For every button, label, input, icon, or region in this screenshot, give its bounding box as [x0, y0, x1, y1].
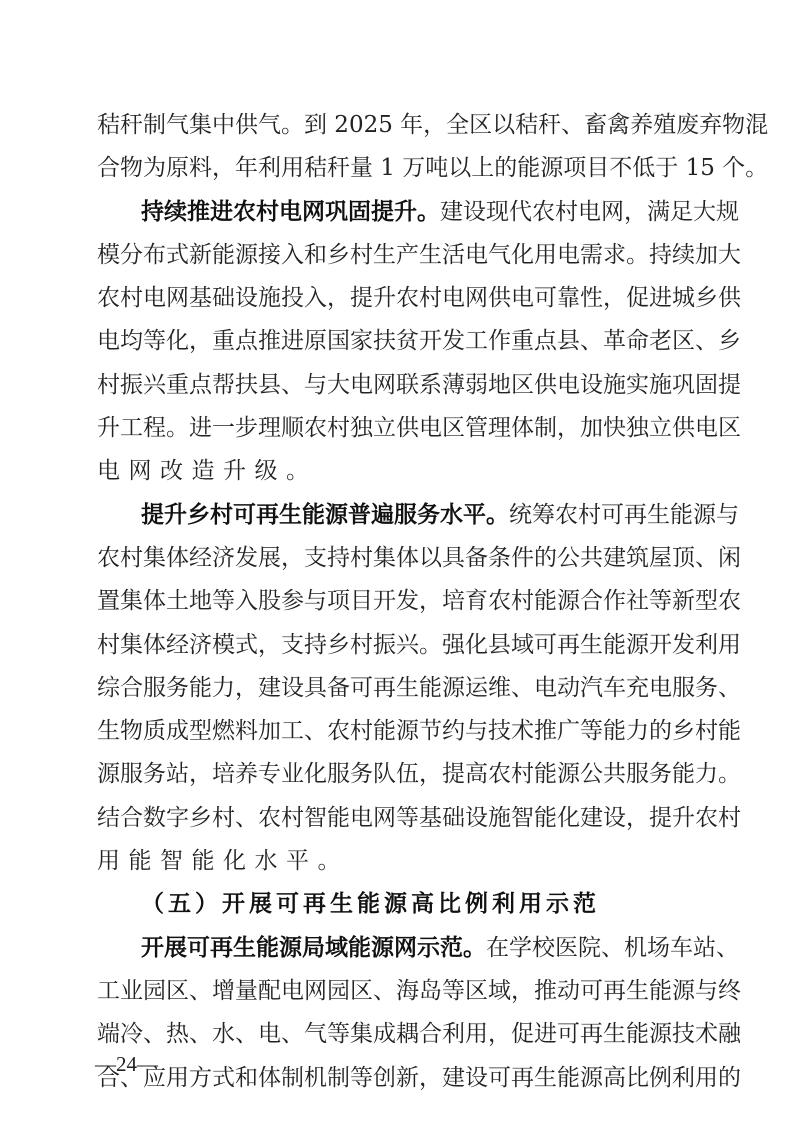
line-text: 升工程。进一步理顺农村独立供电区管理体制，加快独立供电区 — [97, 415, 741, 441]
document-page: 秸秆制气集中供气。到 2025 年，全区以秸秆、畜禽养殖废弃物混 合物为原料，年… — [97, 104, 703, 1100]
body-line: 源服务站，培养专业化服务队伍，提高农村能源公共服务能力。 — [97, 753, 703, 796]
body-line: 模分布式新能源接入和乡村生产生活电气化用电需求。持续加大 — [97, 234, 703, 277]
line-text: 电网改造升级。 — [97, 458, 318, 484]
body-line: 用能智能化水平。 — [97, 840, 703, 883]
body-line: 端冷、热、水、电、气等集成耦合利用，促进可再生能源技术融 — [97, 1013, 703, 1056]
line-text: 统筹农村可再生能源与 — [509, 502, 739, 528]
line-text: 综合服务能力，建设具备可再生能源运维、电动汽车充电服务、 — [97, 675, 741, 701]
line-text: 合物为原料，年利用秸秆量 1 万吨以上的能源项目不低于 15 个。 — [97, 155, 768, 181]
body-line: 农村集体经济发展，支持村集体以具备条件的公共建筑屋顶、闲 — [97, 537, 703, 580]
paragraph-start-line: 开展可再生能源局域能源网示范。在学校医院、机场车站、 — [97, 927, 703, 970]
page-number: —24— — [95, 1052, 158, 1077]
body-line: 结合数字乡村、农村智能电网等基础设施智能化建设，提升农村 — [97, 797, 703, 840]
body-line: 农村电网基础设施投入，提升农村电网供电可靠性，促进城乡供 — [97, 277, 703, 320]
body-line: 生物质成型燃料加工、农村能源节约与技术推广等能力的乡村能 — [97, 710, 703, 753]
body-line: 置集体土地等入股参与项目开发，培育农村能源合作社等新型农 — [97, 580, 703, 623]
paragraph-start-line: 提升乡村可再生能源普遍服务水平。统筹农村可再生能源与 — [97, 494, 703, 537]
line-text: 村集体经济模式，支持乡村振兴。强化县域可再生能源开发利用 — [97, 632, 741, 658]
line-text: 建设现代农村电网，满足大规 — [440, 199, 739, 225]
paragraph-lead-bold: 开展可再生能源局域能源网示范。 — [141, 935, 486, 961]
body-line: 村集体经济模式，支持乡村振兴。强化县域可再生能源开发利用 — [97, 624, 703, 667]
line-text: 在学校医院、机场车站、 — [486, 935, 739, 961]
line-text: 源服务站，培养专业化服务队伍，提高农村能源公共服务能力。 — [97, 761, 741, 787]
line-text: 用能智能化水平。 — [97, 848, 349, 874]
body-line: 电均等化，重点推进原国家扶贫开发工作重点县、革命老区、乡 — [97, 320, 703, 363]
section-heading-text: （五）开展可再生能源高比例利用示范 — [141, 891, 600, 917]
body-line: 村振兴重点帮扶县、与大电网联系薄弱地区供电设施实施巩固提 — [97, 364, 703, 407]
line-text: 农村集体经济发展，支持村集体以具备条件的公共建筑屋顶、闲 — [97, 545, 741, 571]
line-text: 生物质成型燃料加工、农村能源节约与技术推广等能力的乡村能 — [97, 718, 741, 744]
section-heading: （五）开展可再生能源高比例利用示范 — [97, 883, 703, 926]
line-text: 结合数字乡村、农村智能电网等基础设施智能化建设，提升农村 — [97, 805, 741, 831]
body-line: 综合服务能力，建设具备可再生能源运维、电动汽车充电服务、 — [97, 667, 703, 710]
line-text: 模分布式新能源接入和乡村生产生活电气化用电需求。持续加大 — [97, 242, 741, 268]
body-line: 合物为原料，年利用秸秆量 1 万吨以上的能源项目不低于 15 个。 — [97, 147, 703, 190]
line-text: 置集体土地等入股参与项目开发，培育农村能源合作社等新型农 — [97, 588, 741, 614]
paragraph-lead-bold: 持续推进农村电网巩固提升。 — [141, 199, 440, 225]
body-line: 升工程。进一步理顺农村独立供电区管理体制，加快独立供电区 — [97, 407, 703, 450]
line-text: 端冷、热、水、电、气等集成耦合利用，促进可再生能源技术融 — [97, 1021, 741, 1047]
body-line: 电网改造升级。 — [97, 450, 703, 493]
paragraph-start-line: 持续推进农村电网巩固提升。建设现代农村电网，满足大规 — [97, 191, 703, 234]
line-text: 合、应用方式和体制机制等创新，建设可再生能源高比例利用的 — [97, 1065, 741, 1091]
paragraph-lead-bold: 提升乡村可再生能源普遍服务水平。 — [141, 502, 509, 528]
body-line: 合、应用方式和体制机制等创新，建设可再生能源高比例利用的 — [97, 1057, 703, 1100]
line-text: 村振兴重点帮扶县、与大电网联系薄弱地区供电设施实施巩固提 — [97, 372, 741, 398]
line-text: 秸秆制气集中供气。到 2025 年，全区以秸秆、畜禽养殖废弃物混 — [97, 112, 768, 138]
line-text: 工业园区、增量配电网园区、海岛等区域，推动可再生能源与终 — [97, 978, 741, 1004]
line-text: 农村电网基础设施投入，提升农村电网供电可靠性，促进城乡供 — [97, 285, 741, 311]
body-line: 秸秆制气集中供气。到 2025 年，全区以秸秆、畜禽养殖废弃物混 — [97, 104, 703, 147]
body-line: 工业园区、增量配电网园区、海岛等区域，推动可再生能源与终 — [97, 970, 703, 1013]
line-text: 电均等化，重点推进原国家扶贫开发工作重点县、革命老区、乡 — [97, 328, 741, 354]
